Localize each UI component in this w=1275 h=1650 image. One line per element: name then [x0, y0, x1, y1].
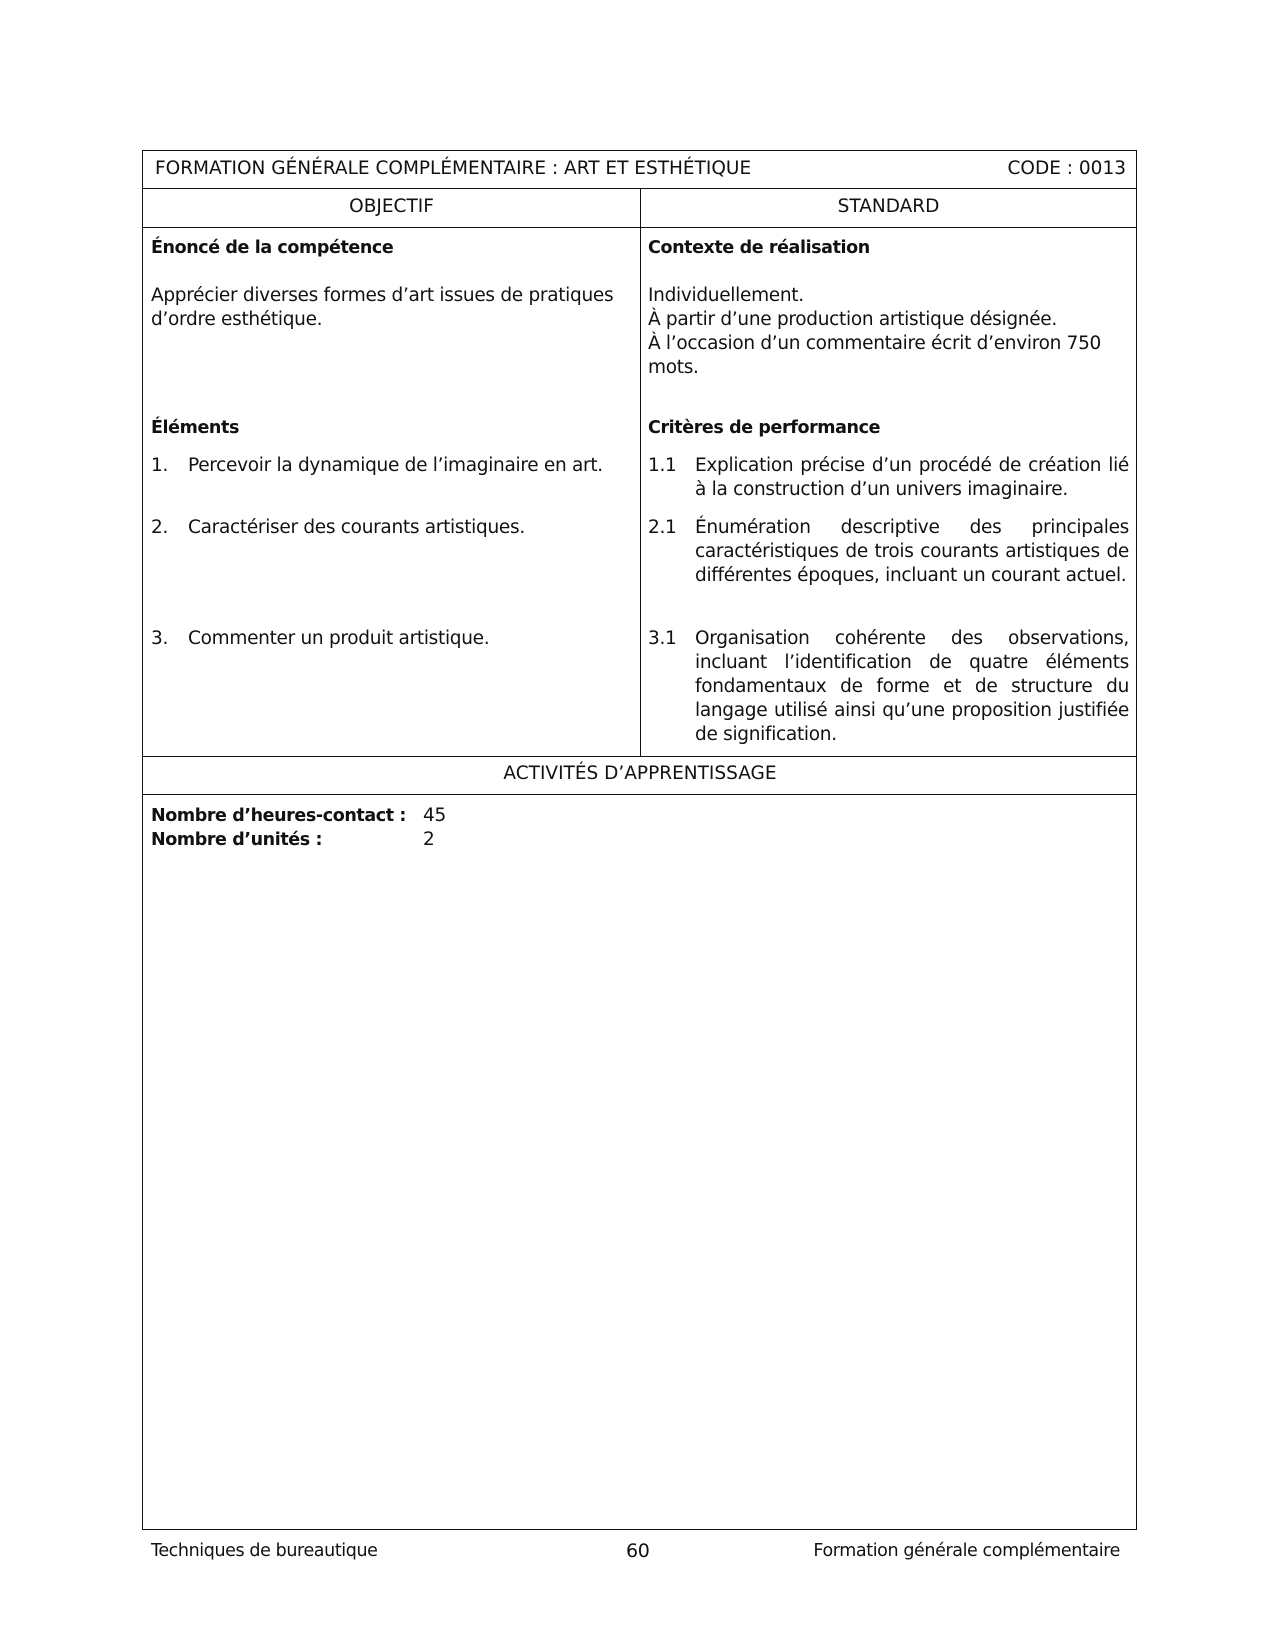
document-page: FORMATION GÉNÉRALE COMPLÉMENTAIRE : ART …	[0, 0, 1275, 1650]
heures-label: Nombre d’heures-contact :	[151, 804, 406, 828]
divider	[143, 794, 1136, 795]
unites-value: 2	[423, 828, 434, 852]
activites-heading: ACTIVITÉS D’APPRENTISSAGE	[143, 762, 1137, 786]
footer-right: Formation générale complémentaire	[813, 1539, 1120, 1563]
element-number: 3.	[151, 627, 168, 651]
column-divider	[640, 188, 641, 756]
unites-label: Nombre d’unités :	[151, 828, 322, 852]
standard-heading: STANDARD	[640, 195, 1137, 219]
elements-heading: Éléments	[151, 416, 239, 440]
footer-left: Techniques de bureautique	[151, 1539, 378, 1563]
contexte-line: À l’occasion d’un commentaire écrit d’en…	[648, 332, 1101, 356]
heures-value: 45	[423, 804, 446, 828]
page-number: 60	[626, 1539, 649, 1563]
critere-text: Énumération descriptive des principales …	[695, 516, 1129, 588]
contexte-line: mots.	[648, 356, 699, 380]
element-text: Percevoir la dynamique de l’imaginaire e…	[188, 454, 603, 478]
enonce-heading: Énoncé de la compétence	[151, 236, 393, 260]
critere-number: 3.1	[648, 627, 677, 651]
element-number: 2.	[151, 516, 168, 540]
enonce-line: Apprécier diverses formes d’art issues d…	[151, 284, 613, 308]
form-title: FORMATION GÉNÉRALE COMPLÉMENTAIRE : ART …	[155, 157, 751, 181]
element-number: 1.	[151, 454, 168, 478]
form-code: CODE : 0013	[1008, 157, 1127, 181]
criteres-heading: Critères de performance	[648, 416, 880, 440]
objectif-heading: OBJECTIF	[143, 195, 640, 219]
contexte-line: Individuellement.	[648, 284, 804, 308]
element-text: Caractériser des courants artistiques.	[188, 516, 525, 540]
contexte-heading: Contexte de réalisation	[648, 236, 870, 260]
enonce-line: d’ordre esthétique.	[151, 308, 322, 332]
critere-text: Organisation cohérente des observations,…	[695, 627, 1129, 747]
critere-text: Explication précise d’un procédé de créa…	[695, 454, 1129, 502]
competency-table: FORMATION GÉNÉRALE COMPLÉMENTAIRE : ART …	[142, 150, 1137, 1530]
critere-number: 1.1	[648, 454, 677, 478]
element-text: Commenter un produit artistique.	[188, 627, 489, 651]
critere-number: 2.1	[648, 516, 677, 540]
contexte-line: À partir d’une production artistique dés…	[648, 308, 1057, 332]
divider	[143, 756, 1136, 757]
